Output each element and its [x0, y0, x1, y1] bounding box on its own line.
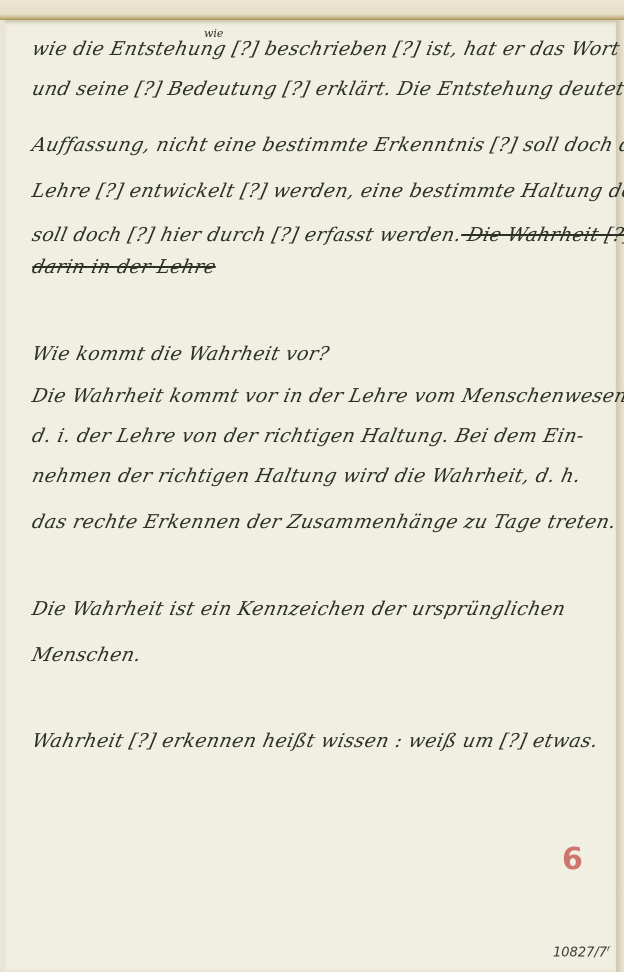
- handwritten-line: darin in der Lehre: [30, 256, 218, 278]
- line-text: Die Wahrheit kommt vor in der Lehre vom …: [30, 385, 624, 407]
- handwritten-line: Lehre [?] entwickelt [?] werden, eine be…: [30, 180, 624, 202]
- handwritten-line: Auffassung, nicht eine bestimmte Erkennt…: [30, 134, 624, 156]
- line-text: soll doch [?] hier durch [?] erfasst wer…: [30, 224, 464, 246]
- line-text: Wahrheit [?] erkennen heißt wissen : wei…: [30, 730, 600, 752]
- handwritten-line: nehmen der richtigen Haltung wird die Wa…: [30, 465, 583, 487]
- line-text: d. i. der Lehre von der richtigen Haltun…: [30, 425, 586, 447]
- line-text: wie die Entstehung [?] beschrieben [?] i…: [30, 38, 622, 60]
- line-text: Lehre [?] entwickelt [?] werden, eine be…: [30, 180, 624, 202]
- notebook-binding-edge: [0, 0, 624, 20]
- line-text: das rechte Erkennen der Zusammenhänge zu…: [30, 511, 618, 533]
- catalog-number: 10827/7r: [553, 944, 610, 960]
- page-edge: [616, 20, 624, 972]
- folio-number: 6: [562, 842, 583, 877]
- notebook-page: [5, 20, 616, 970]
- line-text: und seine [?] Bedeutung [?] erklärt. Die…: [30, 78, 624, 100]
- handwritten-line: wie die Entstehung [?] beschrieben [?] i…: [30, 38, 622, 60]
- line-text: Wie kommt die Wahrheit vor?: [30, 343, 331, 365]
- handwritten-line: d. i. der Lehre von der richtigen Haltun…: [30, 425, 586, 447]
- handwritten-line: das rechte Erkennen der Zusammenhänge zu…: [30, 511, 618, 533]
- line-text: Menschen.: [30, 644, 143, 666]
- line-text: Die Wahrheit ist ein Kennzeichen der urs…: [30, 598, 568, 620]
- handwritten-line: Die Wahrheit ist ein Kennzeichen der urs…: [30, 598, 568, 620]
- handwritten-line: Die Wahrheit kommt vor in der Lehre vom …: [30, 385, 624, 407]
- handwritten-line: und seine [?] Bedeutung [?] erklärt. Die…: [30, 78, 624, 100]
- struck-through-text: Die Wahrheit [?] Wort: [459, 224, 624, 246]
- struck-through-text: darin in der Lehre: [30, 256, 218, 278]
- handwritten-line: Wahrheit [?] erkennen heißt wissen : wei…: [30, 730, 600, 752]
- handwritten-line: Wie kommt die Wahrheit vor?: [30, 343, 331, 365]
- line-text: nehmen der richtigen Haltung wird die Wa…: [30, 465, 583, 487]
- line-text: Auffassung, nicht eine bestimmte Erkennt…: [30, 134, 624, 156]
- handwritten-line: Menschen.: [30, 644, 143, 666]
- handwritten-line: soll doch [?] hier durch [?] erfasst wer…: [30, 224, 624, 246]
